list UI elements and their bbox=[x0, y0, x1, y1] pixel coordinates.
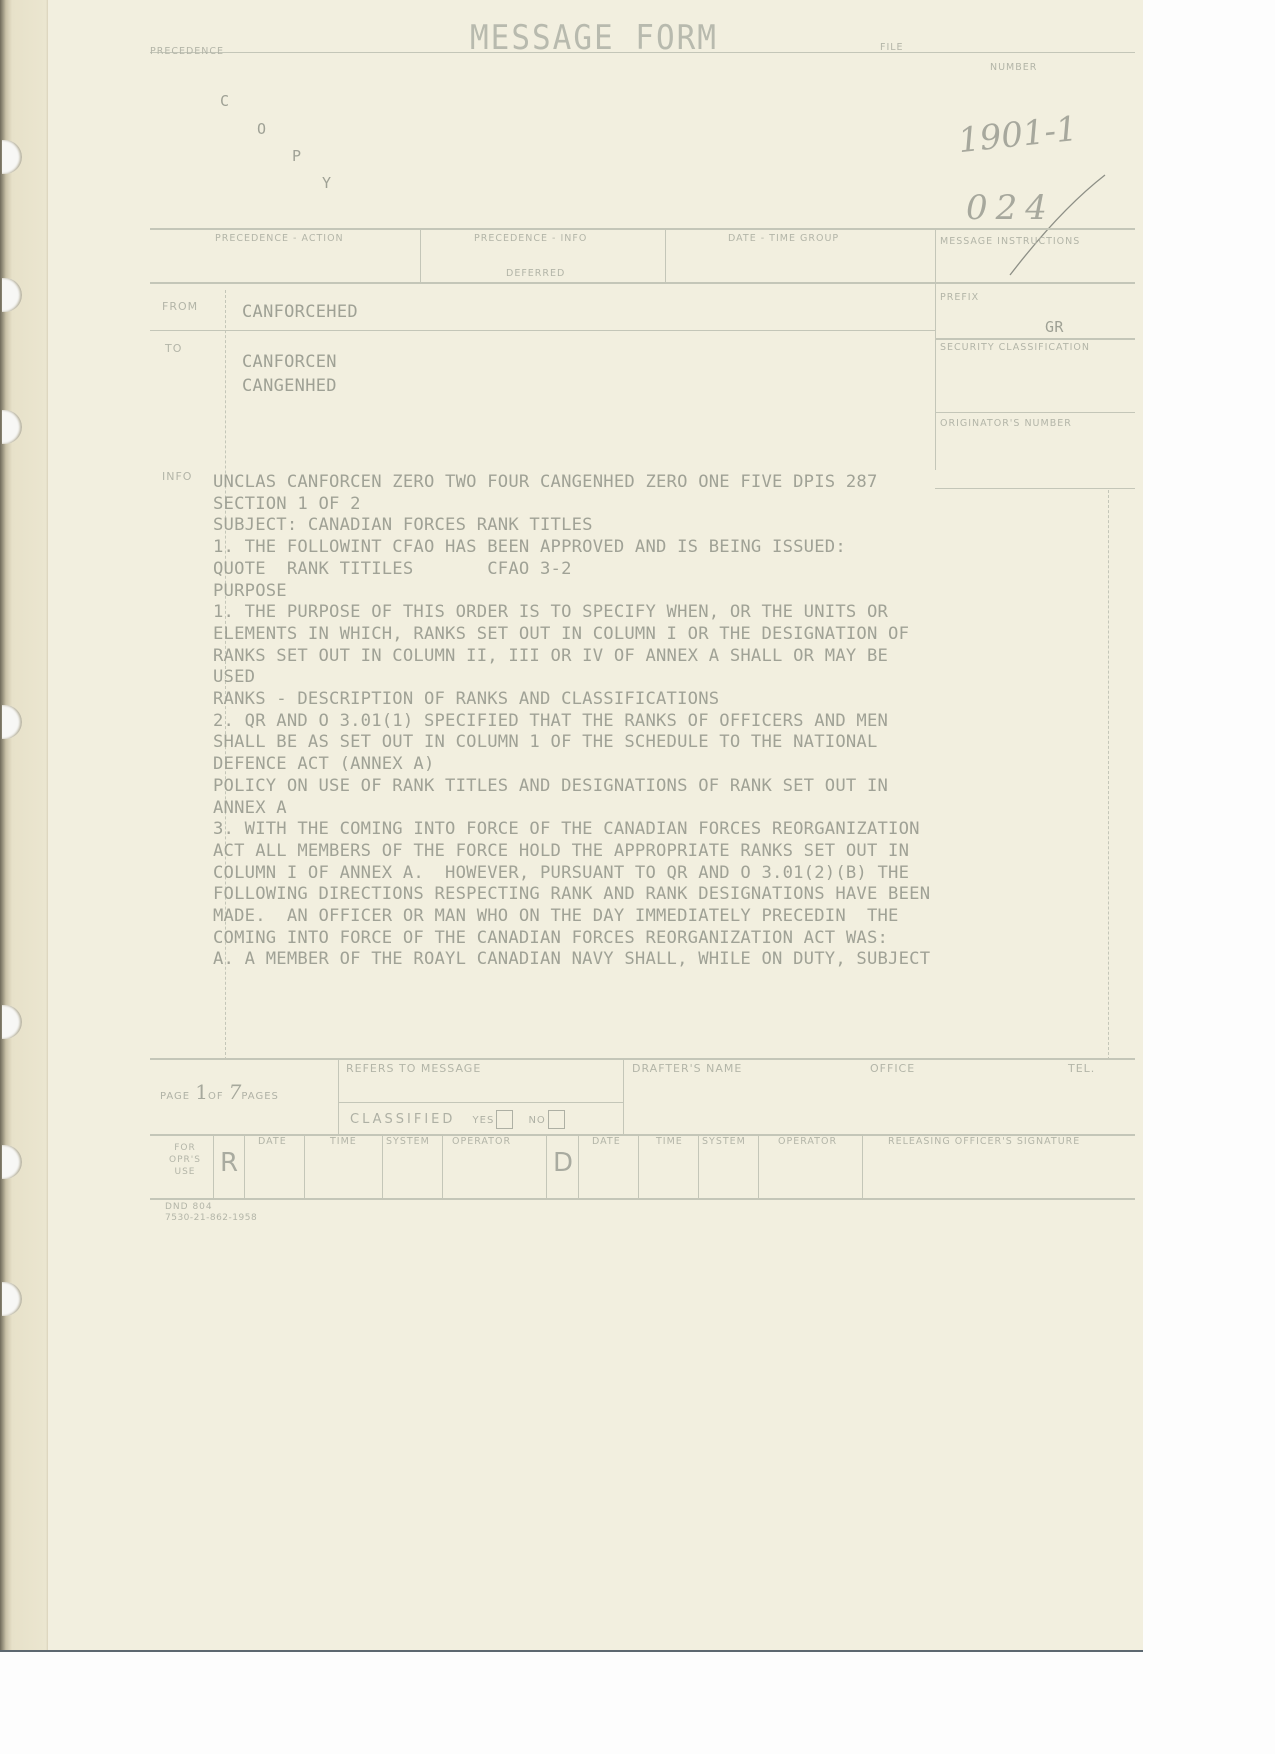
file-label: FILE bbox=[880, 42, 904, 53]
pencil-slash-mark bbox=[1000, 170, 1110, 280]
message-instructions-label: MESSAGE INSTRUCTIONS bbox=[940, 236, 1080, 247]
message-line: USED bbox=[213, 667, 1003, 689]
dispatched-operator-label: OPERATOR bbox=[778, 1136, 837, 1147]
message-line: SECTION 1 OF 2 bbox=[213, 494, 1003, 516]
precedence-header-label: PRECEDENCE bbox=[150, 46, 224, 57]
dispatched-letter: D bbox=[553, 1148, 573, 1178]
classified-yes-checkbox[interactable] bbox=[496, 1110, 513, 1129]
divider bbox=[382, 1134, 383, 1198]
received-system-label: SYSTEM bbox=[386, 1136, 430, 1147]
divider bbox=[623, 1058, 624, 1134]
message-line: MADE. AN OFFICER OR MAN WHO ON THE DAY I… bbox=[213, 906, 1003, 928]
message-line: COLUMN I OF ANNEX A. HOWEVER, PURSUANT T… bbox=[213, 863, 1003, 885]
to-value-1: CANFORCEN bbox=[242, 352, 337, 372]
pages-label: PAGES bbox=[241, 1091, 278, 1102]
yes-label: YES bbox=[473, 1115, 495, 1126]
divider bbox=[442, 1134, 443, 1198]
message-form-sheet: MESSAGE FORM PRECEDENCE FILE NUMBER C O … bbox=[0, 0, 1143, 1650]
drafters-name-label: DRAFTER'S NAME bbox=[632, 1062, 742, 1075]
divider bbox=[213, 1134, 214, 1198]
to-label: TO bbox=[165, 342, 182, 355]
footer-top-rule bbox=[150, 1058, 1135, 1060]
dispatched-time-label: TIME bbox=[656, 1136, 683, 1147]
handwritten-file-number: 1901-1 bbox=[956, 109, 1079, 161]
classified-no-checkbox[interactable] bbox=[548, 1110, 565, 1129]
from-value: CANFORCEHED bbox=[242, 302, 358, 322]
no-label: NO bbox=[528, 1115, 545, 1126]
classified-row: CLASSIFIED YES NO bbox=[350, 1110, 565, 1129]
office-label: OFFICE bbox=[870, 1062, 915, 1075]
message-line: ANNEX A bbox=[213, 798, 1003, 820]
stock-number: 7530-21-862-1958 bbox=[165, 1213, 257, 1223]
punch-hole bbox=[2, 1005, 22, 1039]
punch-hole bbox=[2, 1282, 22, 1316]
received-date-label: DATE bbox=[258, 1136, 287, 1147]
message-line: A. A MEMBER OF THE ROAYL CANADIAN NAVY S… bbox=[213, 949, 1003, 971]
prefix-rule bbox=[935, 338, 1135, 340]
divider bbox=[420, 230, 421, 282]
message-line: 3. WITH THE COMING INTO FORCE OF THE CAN… bbox=[213, 819, 1003, 841]
copy-letter-y: Y bbox=[322, 174, 331, 192]
divider bbox=[638, 1134, 639, 1198]
header-row-top-rule bbox=[150, 228, 1135, 230]
message-line: PURPOSE bbox=[213, 581, 1003, 603]
copy-letter-o: O bbox=[257, 120, 266, 138]
divider bbox=[244, 1134, 245, 1198]
releasing-officer-label: RELEASING OFFICER'S SIGNATURE bbox=[888, 1136, 1080, 1147]
punch-hole bbox=[2, 140, 22, 174]
divider bbox=[862, 1134, 863, 1198]
to-value-2: CANGENHED bbox=[242, 376, 337, 396]
received-time-label: TIME bbox=[330, 1136, 357, 1147]
message-line: UNCLAS CANFORCEN ZERO TWO FOUR CANGENHED… bbox=[213, 472, 1003, 494]
divider bbox=[698, 1134, 699, 1198]
message-line: 1. THE FOLLOWINT CFAO HAS BEEN APPROVED … bbox=[213, 537, 1003, 559]
dispatched-date-label: DATE bbox=[592, 1136, 621, 1147]
divider bbox=[758, 1134, 759, 1198]
date-time-group-label: DATE - TIME GROUP bbox=[728, 233, 839, 244]
page-counter: PAGE 1OF 7PAGES bbox=[160, 1080, 279, 1104]
message-line: COMING INTO FORCE OF THE CANADIAN FORCES… bbox=[213, 928, 1003, 950]
message-line: 1. THE PURPOSE OF THIS ORDER IS TO SPECI… bbox=[213, 602, 1003, 624]
classified-label: CLASSIFIED bbox=[350, 1112, 455, 1127]
number-label: NUMBER bbox=[990, 62, 1037, 73]
header-row-bottom-rule bbox=[150, 282, 1135, 284]
classification-rule bbox=[935, 412, 1135, 413]
right-margin-rule bbox=[1108, 490, 1109, 1060]
page-total: 7 bbox=[229, 1080, 242, 1104]
from-label: FROM bbox=[162, 300, 198, 313]
precedence-info-label: PRECEDENCE - INFO bbox=[474, 233, 587, 244]
divider bbox=[304, 1134, 305, 1198]
message-line: 2. QR AND O 3.01(1) SPECIFIED THAT THE R… bbox=[213, 711, 1003, 733]
tel-label: TEL. bbox=[1068, 1062, 1095, 1075]
page-of-label: OF bbox=[208, 1091, 224, 1102]
message-line: RANKS SET OUT IN COLUMN II, III OR IV OF… bbox=[213, 646, 1003, 668]
divider bbox=[546, 1134, 547, 1198]
divider bbox=[935, 230, 936, 470]
message-body: UNCLAS CANFORCEN ZERO TWO FOUR CANGENHED… bbox=[213, 472, 1003, 971]
page-label: PAGE bbox=[160, 1091, 190, 1102]
message-line: DEFENCE ACT (ANNEX A) bbox=[213, 754, 1003, 776]
form-number: DND 804 bbox=[165, 1202, 213, 1212]
dispatched-system-label: SYSTEM bbox=[702, 1136, 746, 1147]
refers-to-message-label: REFERS TO MESSAGE bbox=[346, 1062, 481, 1075]
message-line: ELEMENTS IN WHICH, RANKS SET OUT IN COLU… bbox=[213, 624, 1003, 646]
message-line: POLICY ON USE OF RANK TITLES AND DESIGNA… bbox=[213, 776, 1003, 798]
copy-letter-p: P bbox=[292, 147, 301, 165]
message-line: QUOTE RANK TITILES CFAO 3-2 bbox=[213, 559, 1003, 581]
divider bbox=[338, 1058, 339, 1134]
divider bbox=[665, 230, 666, 282]
originators-number-label: ORIGINATOR'S NUMBER bbox=[940, 418, 1072, 429]
prefix-value: GR bbox=[1045, 318, 1064, 336]
punch-hole bbox=[2, 410, 22, 444]
from-rule bbox=[150, 330, 935, 331]
header-rule bbox=[150, 52, 1135, 53]
refers-rule bbox=[338, 1102, 623, 1103]
punch-hole bbox=[2, 705, 22, 739]
message-line: RANKS - DESCRIPTION OF RANKS AND CLASSIF… bbox=[213, 689, 1003, 711]
message-line: FOLLOWING DIRECTIONS RESPECTING RANK AND… bbox=[213, 884, 1003, 906]
precedence-action-label: PRECEDENCE - ACTION bbox=[215, 233, 344, 244]
page-current: 1 bbox=[195, 1080, 208, 1104]
operator-row-bottom-rule bbox=[150, 1198, 1135, 1200]
message-line: ACT ALL MEMBERS OF THE FORCE HOLD THE AP… bbox=[213, 841, 1003, 863]
message-line: SHALL BE AS SET OUT IN COLUMN 1 OF THE S… bbox=[213, 732, 1003, 754]
received-operator-label: OPERATOR bbox=[452, 1136, 511, 1147]
deferred-label: DEFERRED bbox=[506, 268, 565, 279]
for-oprs-use-label: FOR OPR'S USE bbox=[165, 1142, 205, 1178]
info-label: INFO bbox=[162, 470, 192, 483]
binding-strip bbox=[0, 0, 48, 1650]
security-classification-label: SECURITY CLASSIFICATION bbox=[940, 342, 1090, 353]
prefix-label: PREFIX bbox=[940, 292, 979, 303]
punch-hole bbox=[2, 1145, 22, 1179]
punch-hole bbox=[2, 278, 22, 312]
message-line: SUBJECT: CANADIAN FORCES RANK TITLES bbox=[213, 515, 1003, 537]
copy-letter-c: C bbox=[220, 92, 229, 110]
divider bbox=[578, 1134, 579, 1198]
received-letter: R bbox=[220, 1148, 238, 1178]
